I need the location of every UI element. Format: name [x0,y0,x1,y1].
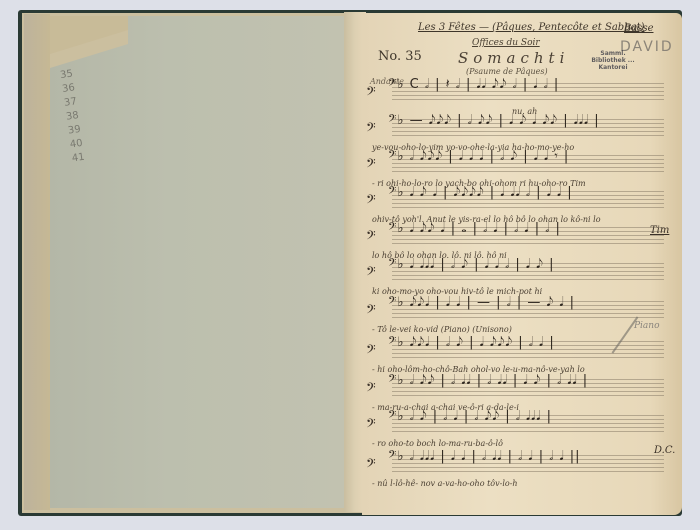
left-pastedown [24,14,50,510]
piece-number: No. 35 [378,49,422,64]
music-system: 𝄢 𝄢♭ 𝅗𝅥 𝅘𝅥𝅮𝅘𝅥𝅮𝅘𝅥𝅮 | 𝅘𝅥 𝅘𝅥 𝅘𝅥 | 𝅗𝅥 𝅘𝅥𝅮 | … [392,155,664,173]
bass-clef-icon: 𝄢 [366,156,376,174]
music-system: 𝄢 𝄢♭ 𝅗𝅥 𝅘𝅥𝅮 | 𝅗𝅥 𝅘𝅥 | 𝅗𝅥 𝅘𝅥𝅮𝅘𝅥𝅮 | 𝅗𝅥 𝅘𝅥𝅘… [392,415,664,433]
notes: 𝄢♭ 𝅘𝅥𝅮𝅘𝅥𝅮𝅘𝅥 | 𝅘𝅥 𝅘𝅥 | — | 𝅗𝅥 | — 𝅘𝅥𝅮 𝅘𝅥 … [388,295,658,310]
music-system: 𝄢 𝄢♭ 𝅘𝅥 𝅘𝅥𝅮𝅘𝅥𝅮 𝅘𝅥 | 𝅝 | 𝅗𝅥 𝅘𝅥 | 𝅗𝅥 𝅘𝅥 | … [392,227,664,245]
bass-clef-icon: 𝄢 [366,120,376,138]
music-system: 𝄢 𝄢♭ 𝅘𝅥𝅮𝅘𝅥𝅮𝅘𝅥 | 𝅘𝅥 𝅘𝅥 | — | 𝅗𝅥 | — 𝅘𝅥𝅮 𝅘… [392,301,664,319]
stamp-line: Bibliothek ... [574,57,652,64]
music-system: 𝄢 𝄢♭ C 𝅗𝅥 | 𝄽 𝅗𝅥 | 𝅘𝅥𝅘𝅥 𝅘𝅥𝅮𝅘𝅥𝅮 𝅗𝅥 | 𝅘𝅥 𝅗… [392,83,664,101]
bass-clef-icon: 𝄢 [366,264,376,282]
notes: 𝄢♭ 𝅗𝅥 𝅘𝅥𝅘𝅥𝅘𝅥 | 𝅘𝅥 𝅘𝅥 | 𝅗𝅥 𝅘𝅥𝅘𝅥 | 𝅗𝅥 𝅘𝅥 |… [388,449,658,464]
music-system: 𝄢 𝄢♭ 𝅗𝅥 𝅘𝅥𝅘𝅥𝅘𝅥 | 𝅘𝅥 𝅘𝅥 | 𝅗𝅥 𝅘𝅥𝅘𝅥 | 𝅗𝅥 𝅘𝅥… [392,455,664,473]
library-stamp: Samml. Bibliothek ... Kantorei [574,50,652,71]
notes: 𝄢♭ — 𝅘𝅥𝅮𝅘𝅥𝅮𝅘𝅥𝅮 | 𝅗𝅥 𝅘𝅥𝅮𝅘𝅥𝅮 | 𝅘𝅥 𝅘𝅥𝅮 𝅘𝅥 𝅘… [388,113,658,128]
piece-subtitle: (Psaume de Pâques) [466,67,548,76]
bass-clef-icon: 𝄢 [366,416,376,434]
bass-clef-icon: 𝄢 [366,192,376,210]
piece-title: Somachti [458,49,569,67]
notes: 𝄢♭ 𝅗𝅥 𝅘𝅥𝅮 | 𝅗𝅥 𝅘𝅥 | 𝅗𝅥 𝅘𝅥𝅮𝅘𝅥𝅮 | 𝅗𝅥 𝅘𝅥𝅘𝅥𝅘… [388,409,658,424]
da-capo-mark: D.C. [654,445,675,456]
music-system: 𝄢 𝄢♭ 𝅘𝅥 𝅘𝅥𝅮 𝅘𝅥 | 𝅘𝅥𝅮𝅘𝅥𝅮𝅘𝅥𝅮𝅘𝅥𝅮 | 𝅘𝅥 𝅘𝅥𝅘𝅥 … [392,191,664,209]
music-system: 𝄢 𝄢♭ 𝅘𝅥 𝅘𝅥𝅘𝅥𝅘𝅥 | 𝅗𝅥 𝅘𝅥𝅮 | 𝅘𝅥 𝅘𝅥 𝅗𝅥 | 𝅘𝅥 … [392,263,664,281]
music-system: 𝄢 𝄢♭ 𝅗𝅥 𝅘𝅥𝅮𝅘𝅥𝅮 | 𝅗𝅥 𝅘𝅥𝅘𝅥 | 𝅗𝅥 𝅘𝅥𝅘𝅥 | 𝅘𝅥 … [392,379,664,397]
work-title: Les 3 Fêtes — (Pâques, Pentecôte et Sabb… [418,22,644,33]
notes: 𝄢♭ C 𝅗𝅥 | 𝄽 𝅗𝅥 | 𝅘𝅥𝅘𝅥 𝅘𝅥𝅮𝅘𝅥𝅮 𝅗𝅥 | 𝅘𝅥 𝅗𝅥 … [388,77,658,92]
lyric-line: - nû l-lô-hê- nov a-va-ho-oho tôv-lo-h [372,479,518,488]
stamp-line: Samml. [574,50,652,57]
notes: 𝄢♭ 𝅘𝅥 𝅘𝅥𝅮𝅘𝅥𝅮 𝅘𝅥 | 𝅝 | 𝅗𝅥 𝅘𝅥 | 𝅗𝅥 𝅘𝅥 | 𝅗𝅥… [388,221,658,236]
bass-clef-icon: 𝄢 [366,456,376,474]
notes: 𝄢♭ 𝅗𝅥 𝅘𝅥𝅮𝅘𝅥𝅮𝅘𝅥𝅮 | 𝅘𝅥 𝅘𝅥 𝅘𝅥 | 𝅗𝅥 𝅘𝅥𝅮 | 𝅘𝅥… [388,149,658,164]
music-system: 𝄢 𝄢♭ 𝅘𝅥𝅮𝅘𝅥𝅮𝅘𝅥 | 𝅗𝅥 𝅘𝅥𝅮 | 𝅘𝅥 𝅘𝅥𝅮𝅘𝅥𝅮𝅘𝅥𝅮 | … [392,341,664,359]
bass-clef-icon: 𝄢 [366,84,376,102]
notes: 𝄢♭ 𝅘𝅥 𝅘𝅥𝅮 𝅘𝅥 | 𝅘𝅥𝅮𝅘𝅥𝅮𝅘𝅥𝅮𝅘𝅥𝅮 | 𝅘𝅥 𝅘𝅥𝅘𝅥 𝅗𝅥… [388,185,658,200]
notes: 𝄢♭ 𝅘𝅥 𝅘𝅥𝅘𝅥𝅘𝅥 | 𝅗𝅥 𝅘𝅥𝅮 | 𝅘𝅥 𝅘𝅥 𝅗𝅥 | 𝅘𝅥 𝅘𝅥… [388,257,658,272]
bass-clef-icon: 𝄢 [366,342,376,360]
music-system: 𝄢 𝄢♭ — 𝅘𝅥𝅮𝅘𝅥𝅮𝅘𝅥𝅮 | 𝅗𝅥 𝅘𝅥𝅮𝅘𝅥𝅮 | 𝅘𝅥 𝅘𝅥𝅮 𝅘𝅥… [392,119,664,137]
manuscript-page: Les 3 Fêtes — (Pâques, Pentecôte et Sabb… [362,13,682,515]
annotation: Tim [650,225,669,236]
stamp-line: Kantorei [574,64,652,71]
lyric-line: - ro oho-to boch lo-ma-ru-ba-ô-lô [372,439,503,448]
pencil-annotation: Piano [634,321,660,331]
service-subtitle: Offices du Soir [472,38,540,48]
voice-part: Basse [624,23,654,34]
bass-clef-icon: 𝄢 [366,302,376,320]
notes: 𝄢♭ 𝅗𝅥 𝅘𝅥𝅮𝅘𝅥𝅮 | 𝅗𝅥 𝅘𝅥𝅘𝅥 | 𝅗𝅥 𝅘𝅥𝅘𝅥 | 𝅘𝅥 𝅘𝅥… [388,373,658,388]
bass-clef-icon: 𝄢 [366,380,376,398]
lyric-line: - Tô le-vei ko-vid (Piano) (Unisono) [372,325,512,334]
bass-clef-icon: 𝄢 [366,228,376,246]
